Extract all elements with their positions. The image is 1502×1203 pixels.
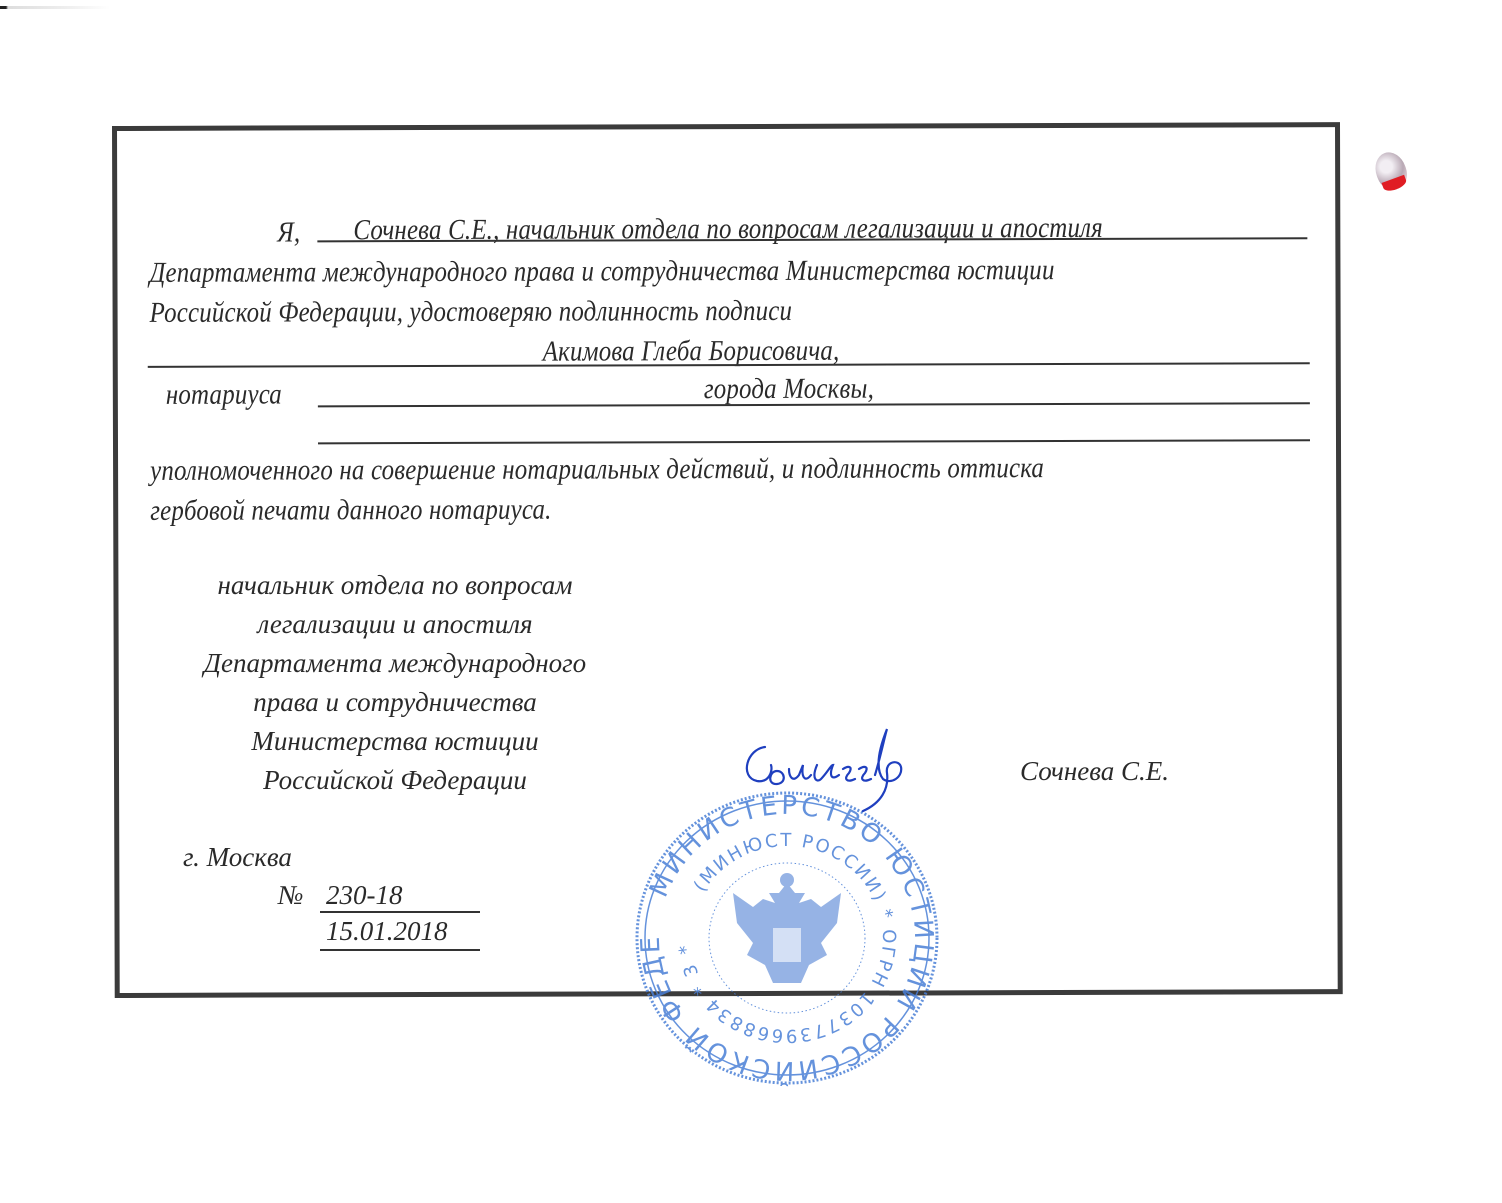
- scan-edge-artifact: [0, 6, 110, 9]
- official-title-block: начальник отдела по вопросам легализации…: [175, 566, 615, 800]
- official-title-line: Министерства юстиции: [175, 722, 615, 761]
- text-line-seal: гербовой печати данного нотариуса.: [150, 494, 551, 528]
- signatory-name: Сочнева С.Е.: [1020, 756, 1169, 787]
- registration-date: 15.01.2018: [326, 916, 448, 947]
- rule-line-4: [318, 439, 1310, 444]
- intro-prefix: Я,: [277, 216, 300, 249]
- city-label: г. Москва: [183, 842, 292, 873]
- number-label: №: [278, 880, 303, 911]
- text-line-3: Российской Федерации, удостоверяю подлин…: [150, 295, 793, 330]
- intro-name-title: Сочнева С.Е., начальник отдела по вопрос…: [353, 212, 1103, 247]
- notary-city: города Москвы,: [704, 373, 874, 407]
- notary-label: нотариуса: [166, 378, 282, 411]
- rule-line-3: [318, 402, 1310, 407]
- official-title-line: Российской Федерации: [175, 761, 615, 800]
- coat-of-arms-icon: [733, 873, 841, 983]
- date-underline: [320, 949, 480, 951]
- official-title-line: легализации и апостиля: [175, 605, 615, 644]
- official-title-line: начальник отдела по вопросам: [175, 566, 615, 605]
- red-mark-artifact: [1370, 148, 1411, 194]
- official-title-line: Департамента международного: [175, 644, 615, 683]
- registration-number: 230-18: [326, 880, 403, 911]
- official-title-line: права и сотрудничества: [175, 683, 615, 722]
- handwritten-signature: [735, 725, 915, 815]
- number-underline: [320, 911, 480, 913]
- official-seal-stamp: МИНИСТЕРСТВО ЮСТИЦИИ РОССИЙСКОЙ ФЕДЕРАЦИ…: [632, 788, 942, 1088]
- text-line-2: Департамента международного права и сотр…: [149, 254, 1054, 290]
- text-line-authorized: уполномоченного на совершение нотариальн…: [150, 452, 1044, 488]
